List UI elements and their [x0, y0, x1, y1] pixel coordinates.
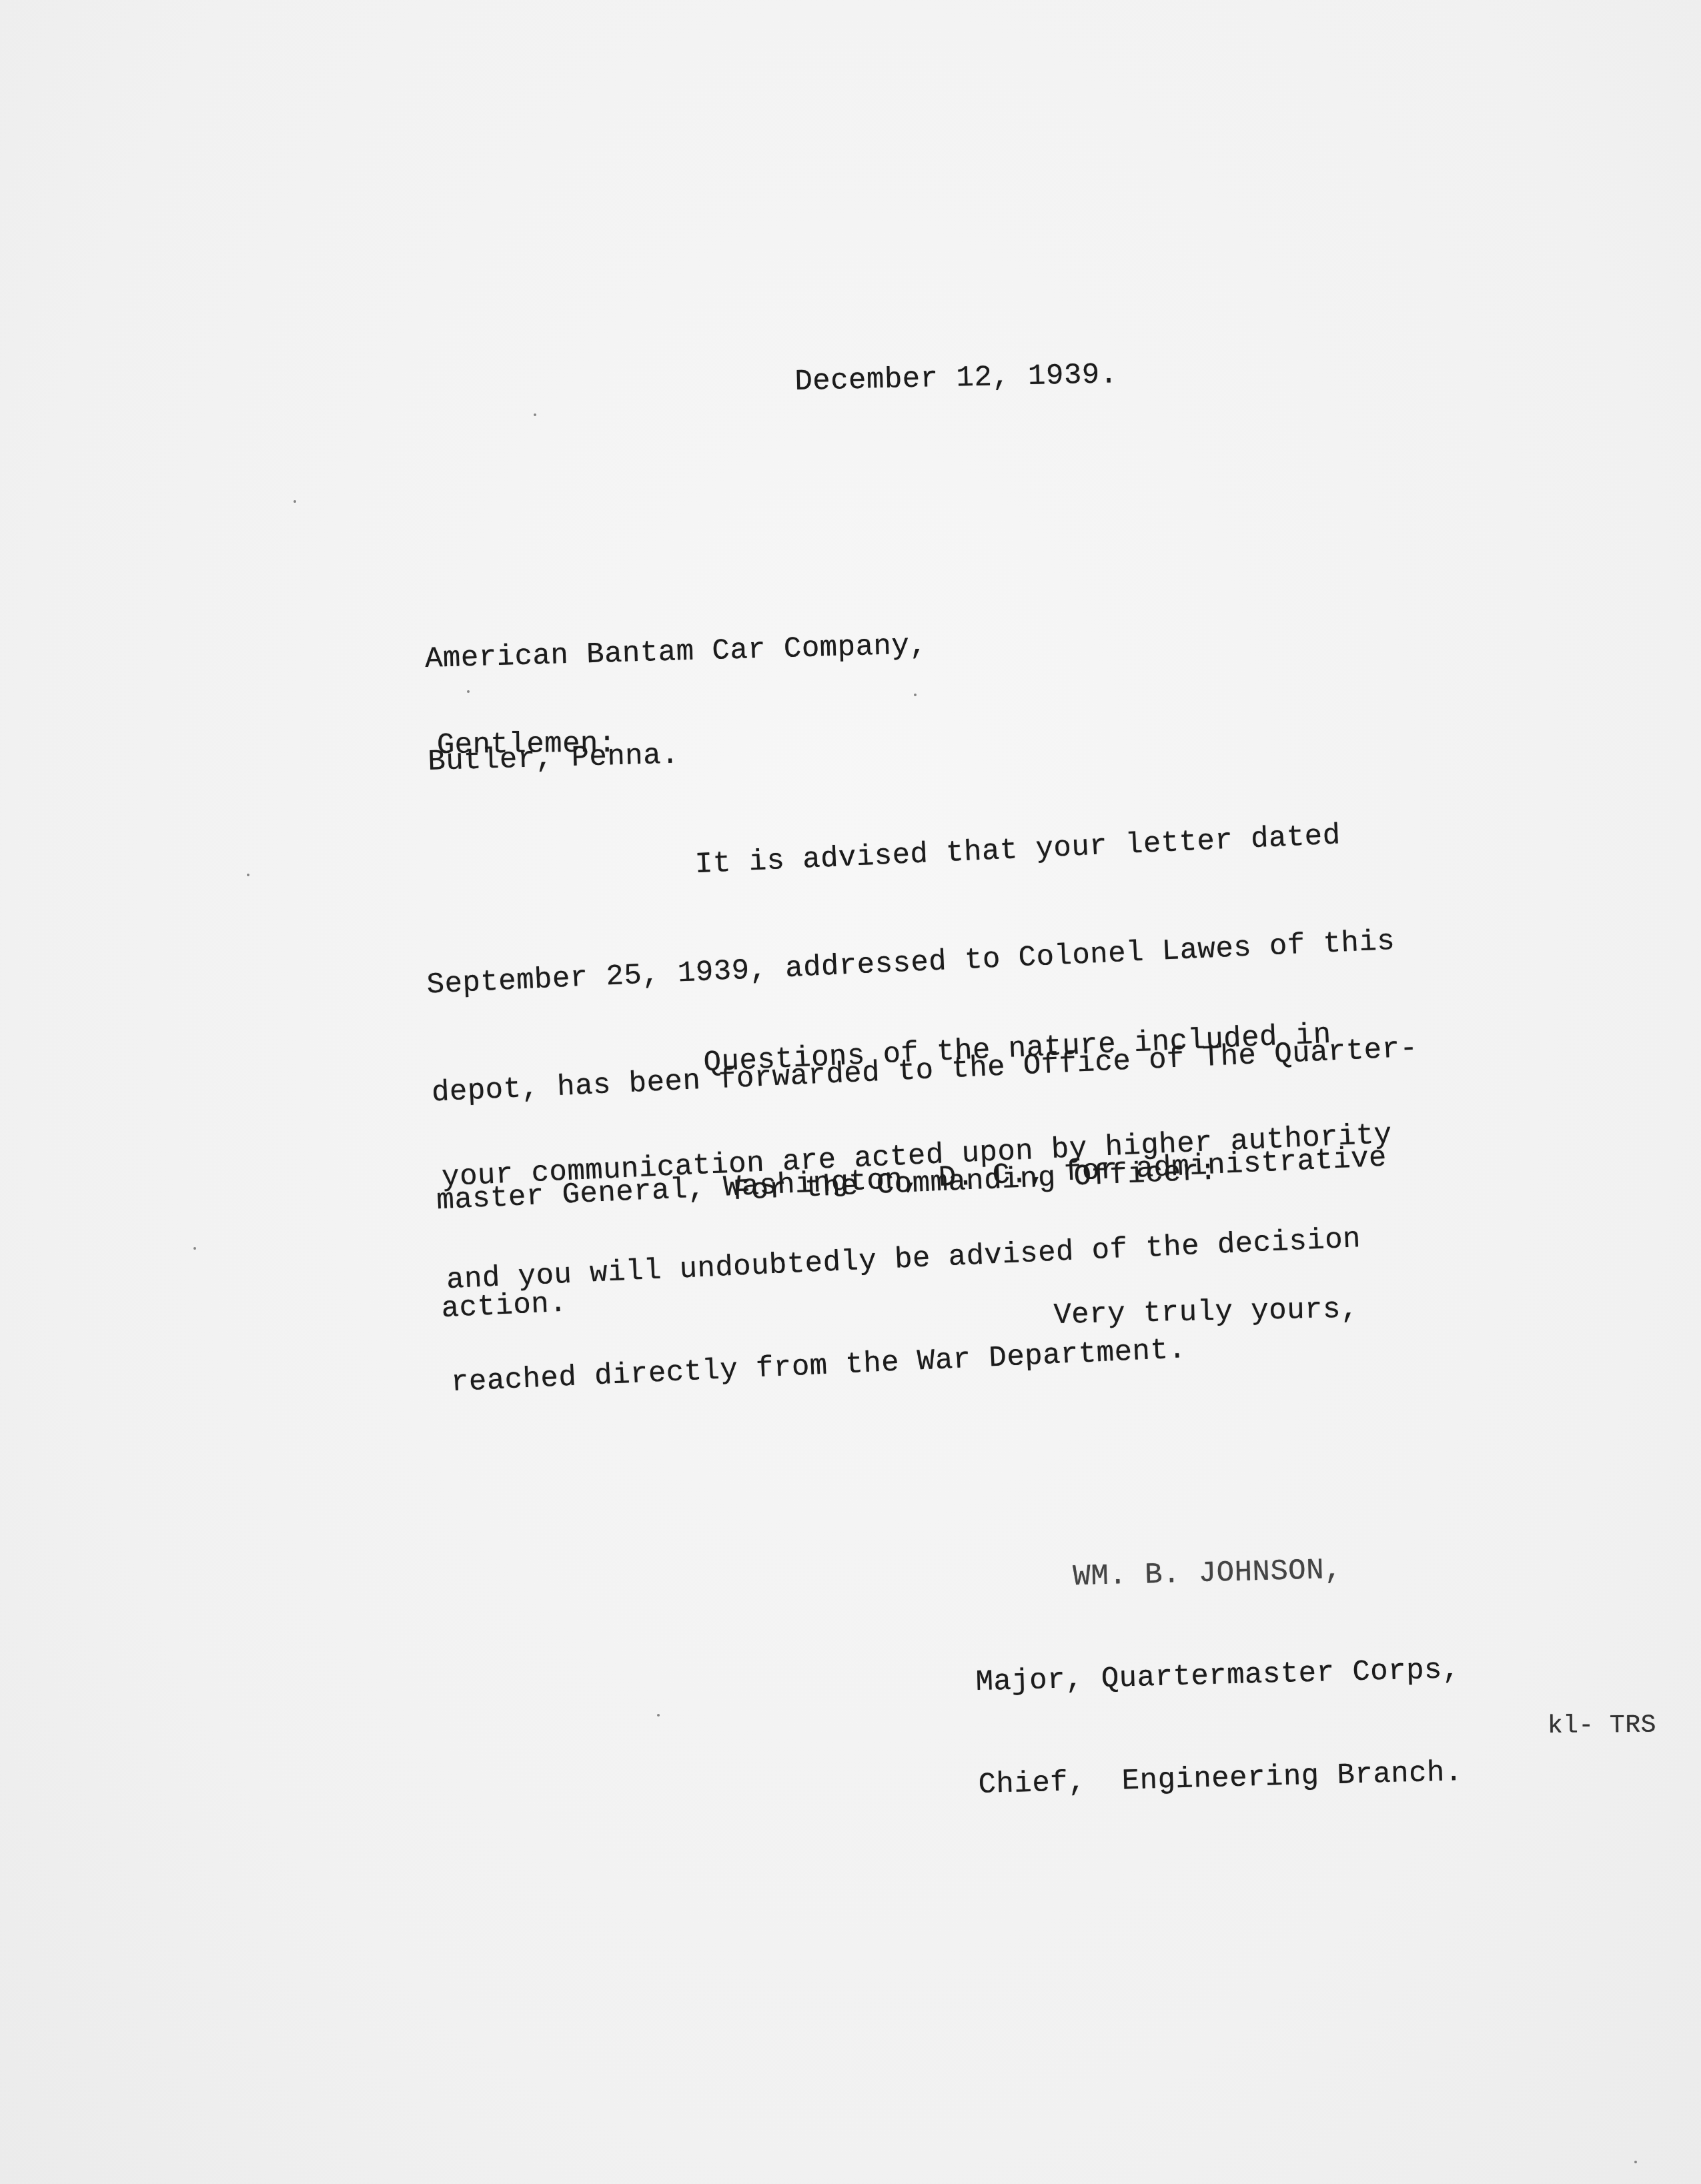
paper-speck: [657, 1714, 660, 1717]
salutation: Gentlemen:: [437, 728, 616, 762]
paragraph-2-line-1: Questions of the nature included in: [436, 1014, 1388, 1094]
recipient-line-1: American Bantam Car Company,: [424, 628, 928, 678]
reference-initials: kl- TRS: [1548, 1711, 1657, 1741]
complimentary-close: Very truly yours,: [1053, 1292, 1359, 1332]
paper-speck: [193, 1247, 196, 1250]
paper-speck: [914, 694, 917, 696]
paragraph-2: Questions of the nature included in your…: [434, 948, 1405, 1468]
paragraph-2-line-4: reached directly from the War Department…: [450, 1322, 1402, 1401]
signatory-rank: Major, Quartermaster Corps,: [975, 1652, 1461, 1701]
paper-speck: [294, 500, 296, 503]
letter-date: December 12, 1939.: [794, 358, 1118, 399]
paper-speck: [247, 874, 249, 876]
paragraph-2-line-3: and you will undoubtedly be advised of t…: [446, 1220, 1397, 1299]
signatory-name: WM. B. JOHNSON,: [973, 1549, 1458, 1598]
letter-page: December 12, 1939. American Bantam Car C…: [0, 0, 1701, 2184]
signature-block: WM. B. JOHNSON, Major, Quartermaster Cor…: [971, 1482, 1465, 1870]
paper-speck: [534, 413, 536, 416]
paper-speck: [467, 690, 470, 693]
signatory-position: Chief, Engineering Branch.: [978, 1755, 1464, 1803]
paragraph-1-line-1: It is advised that your letter dated: [421, 815, 1409, 896]
paper-speck: [1634, 2161, 1637, 2163]
